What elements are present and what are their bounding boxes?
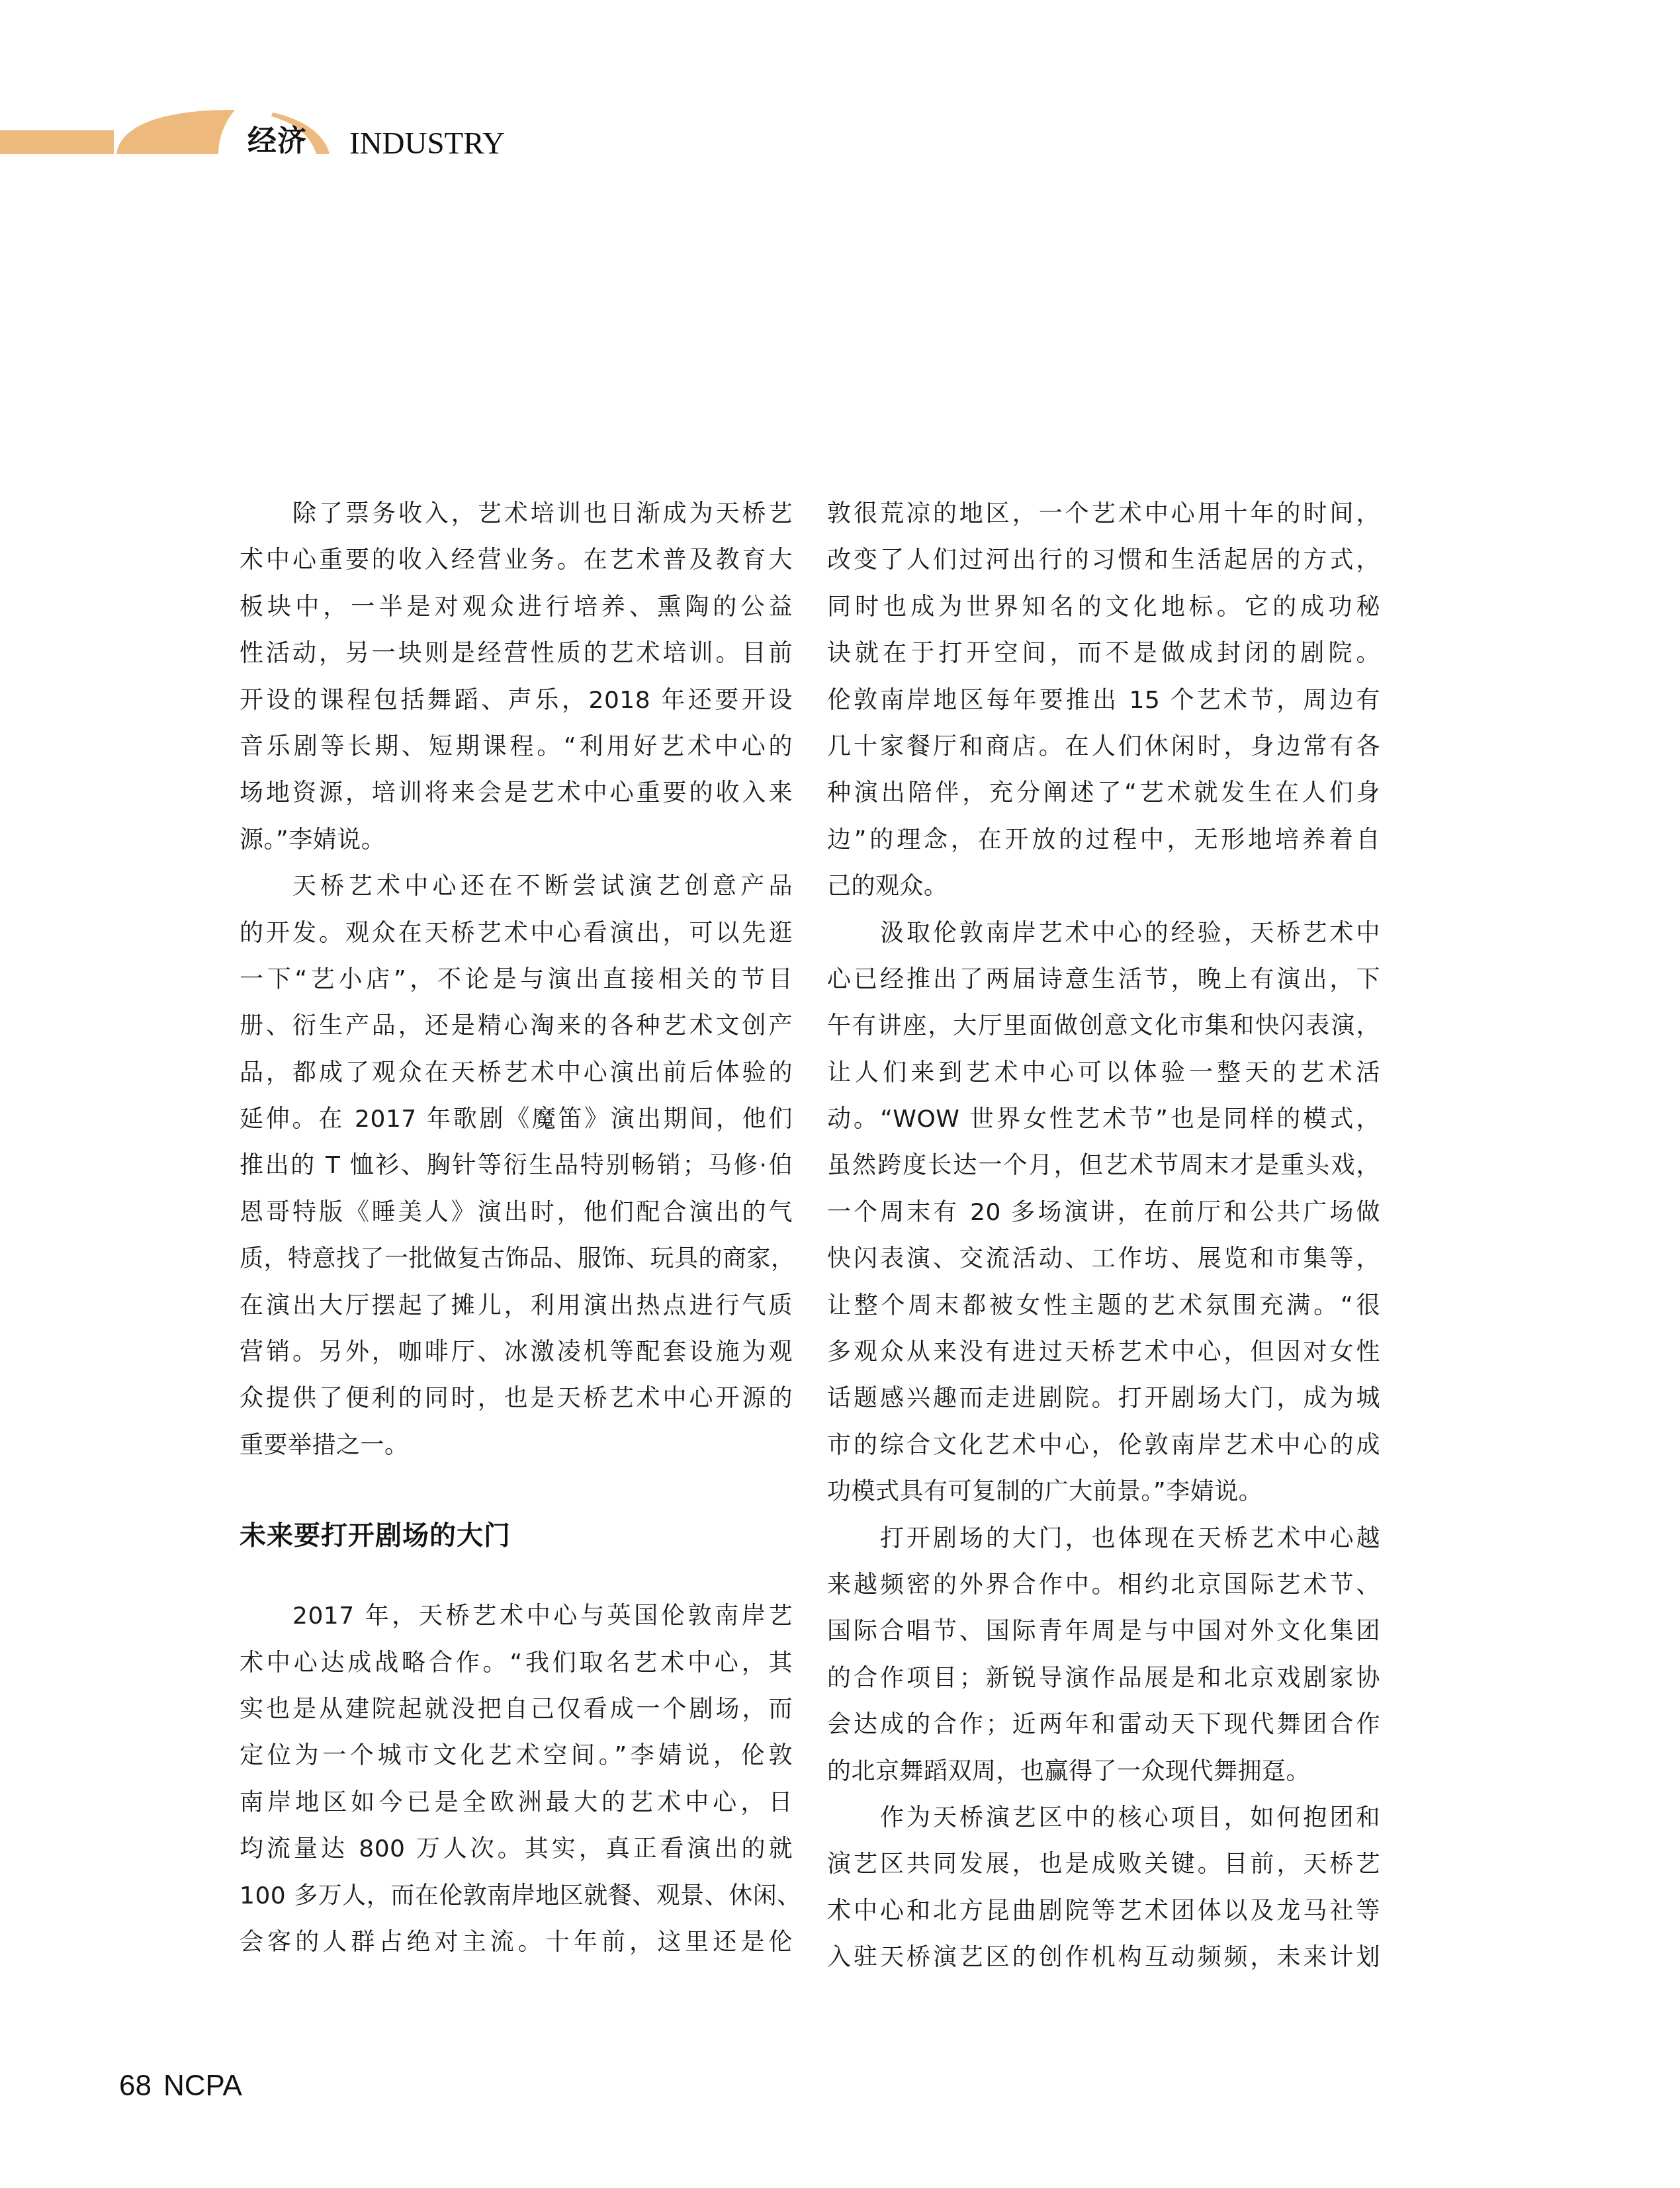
text-line: 改变了人们过河出行的习惯和生活起居的方式， — [827, 537, 1380, 584]
text-line: 动。“WOW 世界女性艺术节”也是同样的模式， — [827, 1096, 1380, 1143]
text-line: 质，特意找了一批做复古饰品、服饰、玩具的商家， — [240, 1236, 793, 1282]
text-line: 场地资源，培训将来会是艺术中心重要的收入来 — [240, 770, 793, 816]
text-line: 话题感兴趣而走进剧院。打开剧场大门，成为城 — [827, 1376, 1380, 1422]
text-line: 推出的 T 恤衫、胸针等衍生品特别畅销；马修·伯 — [240, 1143, 793, 1189]
left-column: 除了票务收入，艺术培训也日渐成为天桥艺 术中心重要的收入经营业务。在艺术普及教育… — [240, 491, 793, 1966]
text-line: 实也是从建院起就没把自己仅看成一个剧场，而 — [240, 1686, 793, 1733]
text-line: 同时也成为世界知名的文化地标。它的成功秘 — [827, 584, 1380, 631]
text-line: 敦很荒凉的地区，一个艺术中心用十年的时间， — [827, 491, 1380, 537]
text-line: 天桥艺术中心还在不断尝试演艺创意产品 — [240, 863, 793, 910]
text-line: 性活动，另一块则是经营性质的艺术培训。目前 — [240, 631, 793, 677]
text-line: 心已经推出了两届诗意生活节，晚上有演出，下 — [827, 957, 1380, 1003]
section-title-cn: 经济 — [247, 127, 307, 156]
page-footer: 68NCPA — [119, 2070, 254, 2103]
text-line: 会客的人群占绝对主流。十年前，这里还是伦 — [240, 1919, 793, 1966]
text-line: 一下“艺小店”，不论是与演出直接相关的节目 — [240, 957, 793, 1003]
text-line: 重要举措之一。 — [240, 1422, 793, 1469]
text-line: 众提供了便利的同时，也是天桥艺术中心开源的 — [240, 1376, 793, 1422]
section-header: 经济 INDUSTRY — [0, 99, 596, 172]
text-line: 的北京舞蹈双周，也赢得了一众现代舞拥趸。 — [827, 1749, 1380, 1795]
text-line: 让人们来到艺术中心可以体验一整天的艺术活 — [827, 1050, 1380, 1096]
text-line: 板块中，一半是对观众进行培养、熏陶的公益 — [240, 584, 793, 631]
text-line: 延伸。在 2017 年歌剧《魔笛》演出期间，他们 — [240, 1096, 793, 1143]
text-line: 午有讲座，大厅里面做创意文化市集和快闪表演， — [827, 1003, 1380, 1049]
text-line: 几十家餐厅和商店。在人们休闲时，身边常有各 — [827, 724, 1380, 770]
publication-name: NCPA — [163, 2070, 242, 2102]
text-line: 诀就在于打开空间，而不是做成封闭的剧院。 — [827, 631, 1380, 677]
text-line: 100 多万人，而在伦敦南岸地区就餐、观景、休闲、 — [240, 1873, 793, 1919]
text-line: 会达成的合作；近两年和雷动天下现代舞团合作 — [827, 1702, 1380, 1748]
text-line: 作为天桥演艺区中的核心项目，如何抱团和 — [827, 1795, 1380, 1841]
text-line: 己的观众。 — [827, 863, 1380, 910]
paragraph: 作为天桥演艺区中的核心项目，如何抱团和 演艺区共同发展，也是成败关键。目前，天桥… — [827, 1795, 1380, 1982]
text-line: 让整个周末都被女性主题的艺术氛围充满。“很 — [827, 1283, 1380, 1329]
section-title-en: INDUSTRY — [349, 128, 505, 159]
text-line: 术中心达成战略合作。“我们取名艺术中心，其 — [240, 1640, 793, 1686]
text-line: 术中心和北方昆曲剧院等艺术团体以及龙马社等 — [827, 1888, 1380, 1935]
paragraph: 天桥艺术中心还在不断尝试演艺创意产品 的开发。观众在天桥艺术中心看演出，可以先逛… — [240, 863, 793, 1469]
text-line: 虽然跨度长达一个月，但艺术节周末才是重头戏， — [827, 1143, 1380, 1189]
text-line: 音乐剧等长期、短期课程。“利用好艺术中心的 — [240, 724, 793, 770]
text-line: 品，都成了观众在天桥艺术中心演出前后体验的 — [240, 1050, 793, 1096]
text-line: 国际合唱节、国际青年周是与中国对外文化集团 — [827, 1608, 1380, 1655]
page-number: 68 — [119, 2070, 152, 2102]
text-line: 打开剧场的大门，也体现在天桥艺术中心越 — [827, 1516, 1380, 1562]
text-line: 汲取伦敦南岸艺术中心的经验，天桥艺术中 — [827, 910, 1380, 957]
section-heading: 未来要打开剧场的大门 — [240, 1512, 793, 1559]
text-line: 一个周末有 20 多场演讲，在前厅和公共广场做 — [827, 1190, 1380, 1236]
text-line: 的合作项目；新锐导演作品展是和北京戏剧家协 — [827, 1655, 1380, 1702]
text-line: 快闪表演、交流活动、工作坊、展览和市集等， — [827, 1236, 1380, 1282]
paragraph: 2017 年，天桥艺术中心与英国伦敦南岸艺 术中心达成战略合作。“我们取名艺术中… — [240, 1593, 793, 1966]
text-line: 源。”李婧说。 — [240, 817, 793, 863]
text-line: 演艺区共同发展，也是成败关键。目前，天桥艺 — [827, 1841, 1380, 1888]
text-line: 入驻天桥演艺区的创作机构互动频频，未来计划 — [827, 1935, 1380, 1981]
text-line: 种演出陪伴，充分阐述了“艺术就发生在人们身 — [827, 770, 1380, 816]
text-line: 边”的理念，在开放的过程中，无形地培养着自 — [827, 817, 1380, 863]
text-line: 的开发。观众在天桥艺术中心看演出，可以先逛 — [240, 910, 793, 957]
text-line: 在演出大厅摆起了摊儿，利用演出热点进行气质 — [240, 1283, 793, 1329]
text-line: 2017 年，天桥艺术中心与英国伦敦南岸艺 — [240, 1593, 793, 1640]
text-line: 营销。另外，咖啡厅、冰激凌机等配套设施为观 — [240, 1329, 793, 1376]
paragraph: 汲取伦敦南岸艺术中心的经验，天桥艺术中 心已经推出了两届诗意生活节，晚上有演出，… — [827, 910, 1380, 1516]
right-column: 敦很荒凉的地区，一个艺术中心用十年的时间， 改变了人们过河出行的习惯和生活起居的… — [827, 491, 1380, 1982]
text-line: 伦敦南岸地区每年要推出 15 个艺术节，周边有 — [827, 678, 1380, 724]
text-line: 南岸地区如今已是全欧洲最大的艺术中心，日 — [240, 1780, 793, 1826]
text-line: 术中心重要的收入经营业务。在艺术普及教育大 — [240, 537, 793, 584]
text-line: 市的综合文化艺术中心，伦敦南岸艺术中心的成 — [827, 1422, 1380, 1469]
text-line: 开设的课程包括舞蹈、声乐，2018 年还要开设 — [240, 678, 793, 724]
paragraph: 除了票务收入，艺术培训也日渐成为天桥艺 术中心重要的收入经营业务。在艺术普及教育… — [240, 491, 793, 863]
text-line: 册、衍生产品，还是精心淘来的各种艺术文创产 — [240, 1003, 793, 1049]
text-line: 除了票务收入，艺术培训也日渐成为天桥艺 — [240, 491, 793, 537]
paragraph: 打开剧场的大门，也体现在天桥艺术中心越 来越频密的外界合作中。相约北京国际艺术节… — [827, 1516, 1380, 1795]
text-line: 功模式具有可复制的广大前景。”李婧说。 — [827, 1469, 1380, 1515]
text-line: 来越频密的外界合作中。相约北京国际艺术节、 — [827, 1562, 1380, 1608]
text-line: 恩哥特版《睡美人》演出时，他们配合演出的气 — [240, 1190, 793, 1236]
text-line: 定位为一个城市文化艺术空间。”李婧说，伦敦 — [240, 1733, 793, 1779]
text-line: 均流量达 800 万人次。其实，真正看演出的就 — [240, 1826, 793, 1872]
text-line: 多观众从来没有进过天桥艺术中心，但因对女性 — [827, 1329, 1380, 1376]
paragraph: 敦很荒凉的地区，一个艺术中心用十年的时间， 改变了人们过河出行的习惯和生活起居的… — [827, 491, 1380, 910]
